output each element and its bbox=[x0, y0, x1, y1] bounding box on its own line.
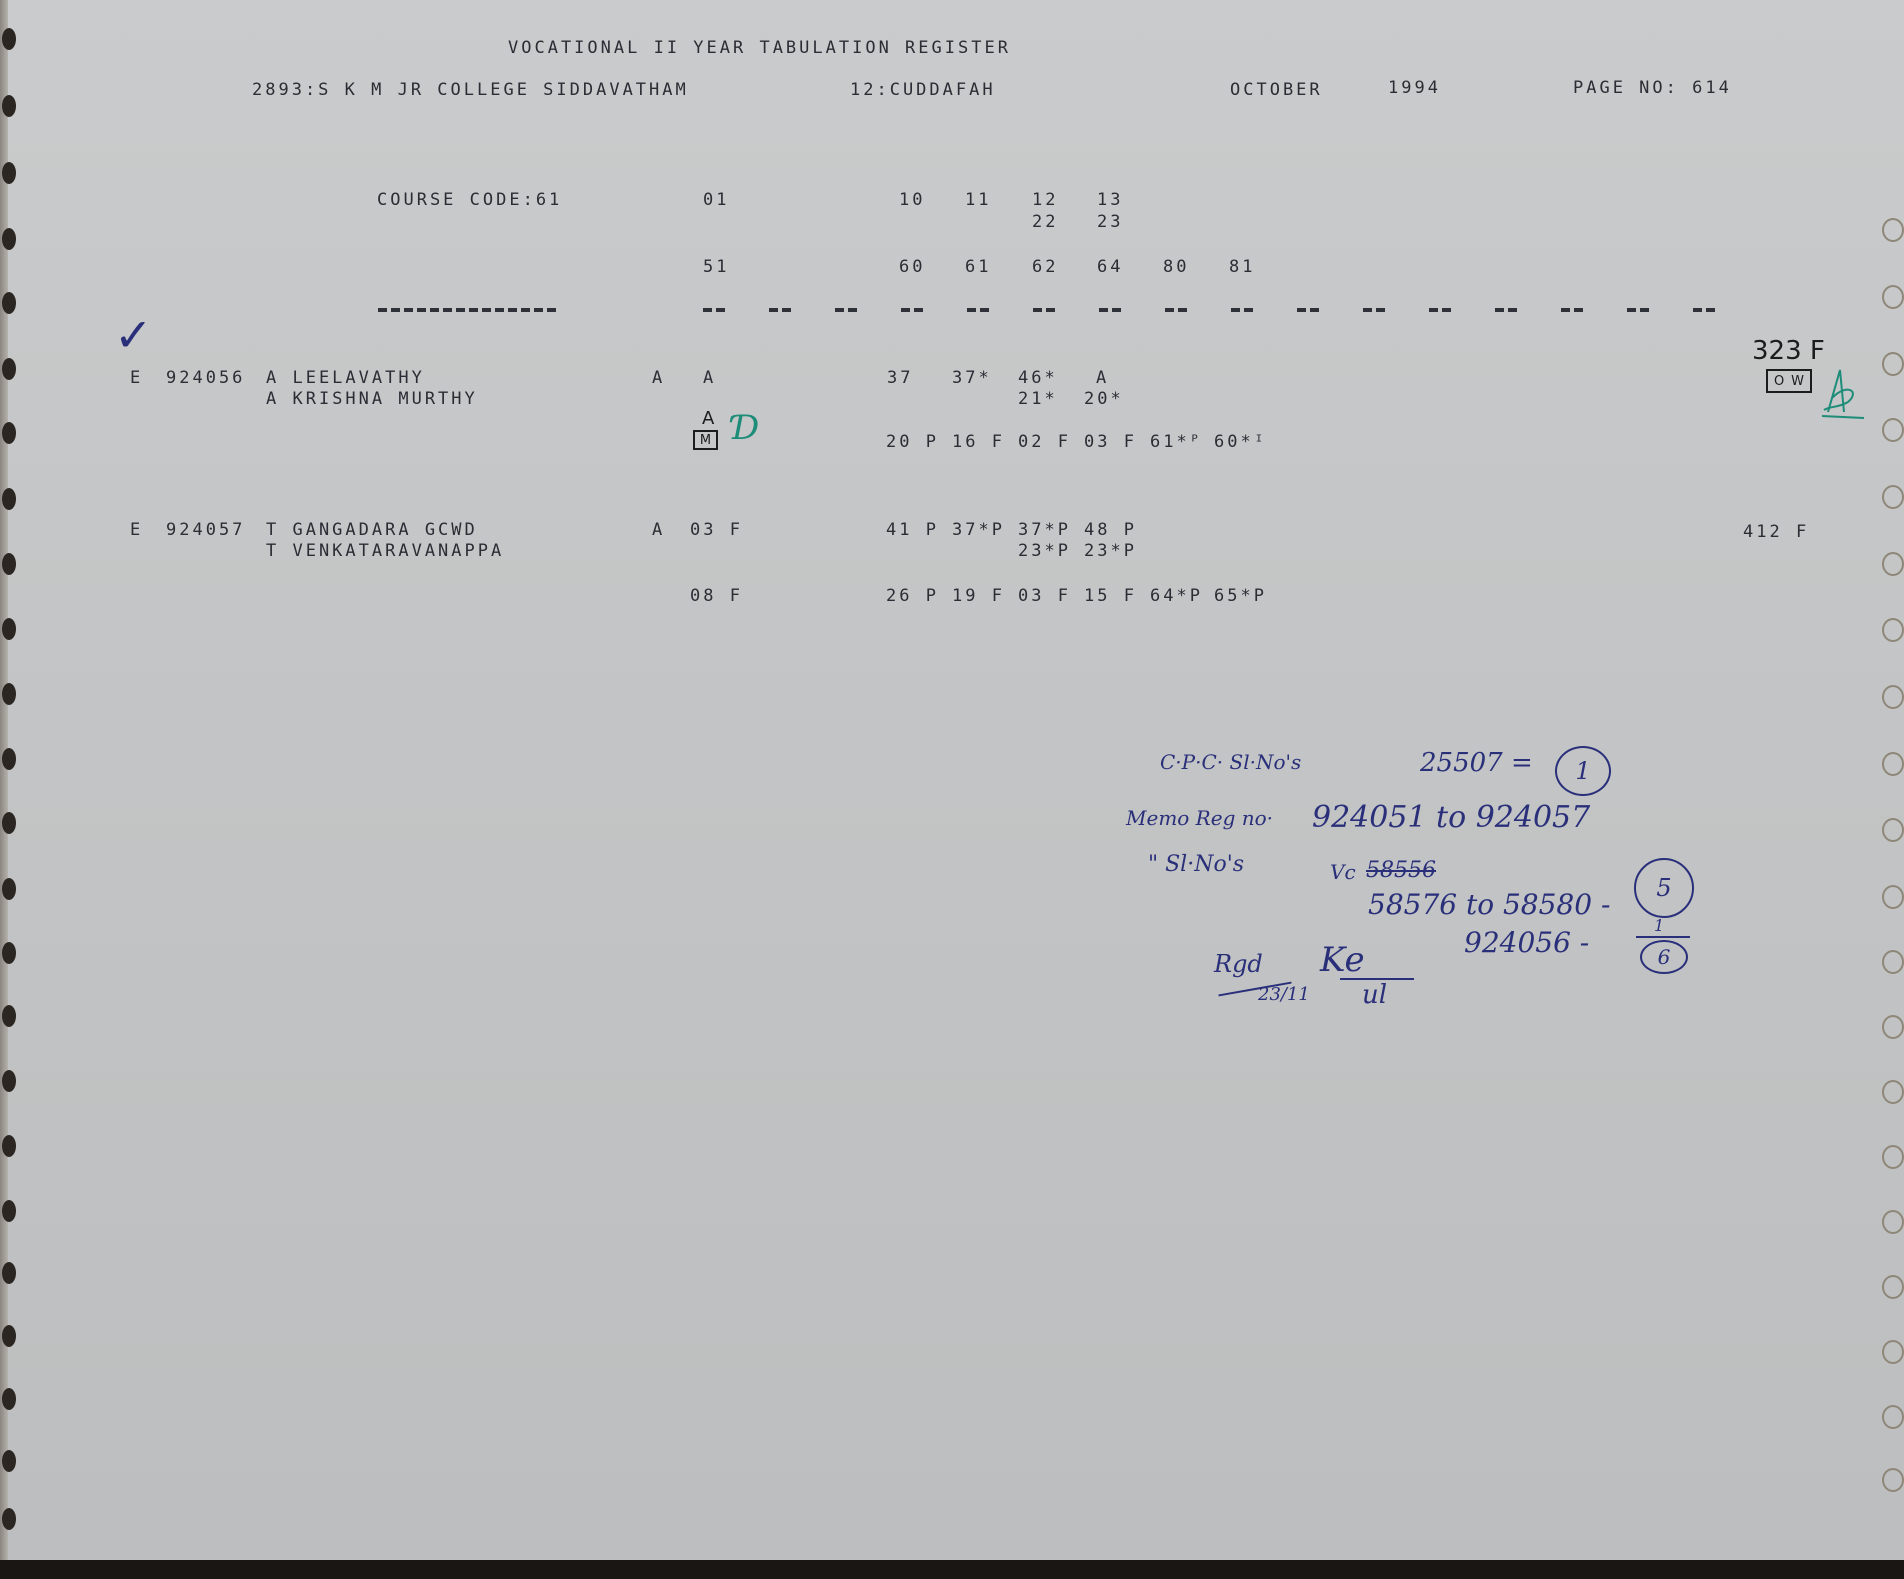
perforation-hole bbox=[1882, 1145, 1904, 1169]
subject-code: 64 bbox=[1097, 257, 1123, 277]
ow-stamp-box: O W bbox=[1766, 369, 1812, 393]
signature-initials: Ke bbox=[1320, 940, 1365, 980]
subject-code: 10 bbox=[899, 190, 925, 210]
subject-code: 81 bbox=[1229, 257, 1255, 277]
binding-hole bbox=[2, 1200, 16, 1222]
subject-code: 22 bbox=[1032, 212, 1058, 232]
mark-cell: 20* bbox=[1084, 389, 1124, 409]
column-separator bbox=[703, 308, 725, 312]
perforation-hole bbox=[1882, 285, 1904, 309]
binding-hole bbox=[2, 162, 16, 184]
column-separator bbox=[1231, 308, 1253, 312]
signature-date: 23/11 bbox=[1258, 984, 1310, 1005]
am-stamp-box: M bbox=[693, 430, 718, 450]
mark-cell: 60*ᴵ bbox=[1214, 432, 1267, 452]
record-flag: A bbox=[652, 520, 665, 540]
mark-cell: 64*P bbox=[1150, 586, 1203, 606]
subject-code: 62 bbox=[1032, 257, 1058, 277]
mark-cell: 41 P bbox=[886, 520, 939, 540]
perforation-hole bbox=[1882, 1340, 1904, 1364]
student-name: T GANGADARA GCWD bbox=[266, 520, 478, 540]
column-separator bbox=[769, 308, 791, 312]
column-separator bbox=[1033, 308, 1055, 312]
binding-hole bbox=[2, 1508, 16, 1530]
circled-count: 1 bbox=[1555, 746, 1611, 796]
am-stamp-letter: A bbox=[702, 408, 714, 429]
exam-year: 1994 bbox=[1388, 78, 1441, 98]
binding-hole bbox=[2, 1070, 16, 1092]
record-flag: A bbox=[652, 368, 665, 388]
column-separator bbox=[1693, 308, 1715, 312]
mark-cell: 61*ᴾ bbox=[1150, 432, 1203, 452]
register-number: 924057 bbox=[166, 520, 245, 540]
perforation-hole bbox=[1882, 1210, 1904, 1234]
perforation-hole bbox=[1882, 950, 1904, 974]
binding-hole bbox=[2, 1135, 16, 1157]
mark-cell: 48 P bbox=[1084, 520, 1137, 540]
subject-code: 13 bbox=[1097, 190, 1123, 210]
note-label: " Sl·No's bbox=[1148, 852, 1244, 877]
binding-hole bbox=[2, 1325, 16, 1347]
note-label: Memo Reg no· bbox=[1126, 806, 1273, 830]
page-number: PAGE NO: 614 bbox=[1573, 78, 1732, 98]
signature-sub: ul bbox=[1362, 980, 1387, 1010]
note-fraction-top: 1 bbox=[1654, 916, 1664, 935]
mark-cell: 26 P bbox=[886, 586, 939, 606]
perforation-hole bbox=[1882, 1405, 1904, 1429]
struck-value: 58556 bbox=[1366, 858, 1436, 883]
subject-code: 01 bbox=[703, 190, 729, 210]
course-code: COURSE CODE:61 bbox=[377, 190, 562, 210]
column-separator bbox=[1297, 308, 1319, 312]
mark-cell: 03 F bbox=[1018, 586, 1071, 606]
binding-hole bbox=[2, 292, 16, 314]
perforation-hole bbox=[1882, 1275, 1904, 1299]
note-value: 25507 = bbox=[1420, 748, 1533, 778]
binding-hole bbox=[2, 1005, 16, 1027]
column-separator bbox=[1165, 308, 1187, 312]
mark-cell: 03 F bbox=[690, 520, 743, 540]
note-prefix: Vc bbox=[1330, 860, 1356, 884]
perforation-hole bbox=[1882, 885, 1904, 909]
grand-total: 323 F bbox=[1752, 336, 1825, 366]
column-separator bbox=[1099, 308, 1121, 312]
perforation-hole bbox=[1882, 1080, 1904, 1104]
mark-cell: 37*P bbox=[952, 520, 1005, 540]
subject-code: 61 bbox=[965, 257, 991, 277]
mark-cell: 37*P bbox=[1018, 520, 1071, 540]
binding-hole bbox=[2, 1262, 16, 1284]
father-name: T VENKATARAVANAPPA bbox=[266, 541, 504, 561]
checkmark-icon: ✓ bbox=[114, 308, 153, 362]
subject-code: 80 bbox=[1163, 257, 1189, 277]
subject-code: 51 bbox=[703, 257, 729, 277]
mark-cell: 23*P bbox=[1084, 541, 1137, 561]
note-value: 58576 to 58580 - bbox=[1368, 888, 1610, 921]
binding-hole bbox=[2, 1388, 16, 1410]
binding-hole bbox=[2, 358, 16, 380]
subject-code: 23 bbox=[1097, 212, 1123, 232]
perforation-hole bbox=[1882, 618, 1904, 642]
mark-cell: 16 F bbox=[952, 432, 1005, 452]
binding-hole bbox=[2, 683, 16, 705]
register-title: VOCATIONAL II YEAR TABULATION REGISTER bbox=[508, 38, 1011, 58]
binding-hole bbox=[2, 878, 16, 900]
binding-hole bbox=[2, 748, 16, 770]
grand-total: 412 F bbox=[1743, 522, 1809, 542]
exam-month: OCTOBER bbox=[1230, 80, 1323, 100]
column-separator bbox=[835, 308, 857, 312]
binding-hole bbox=[2, 618, 16, 640]
mark-cell: 15 F bbox=[1084, 586, 1137, 606]
column-separator bbox=[1495, 308, 1517, 312]
mark-cell: 02 F bbox=[1018, 432, 1071, 452]
column-separator bbox=[1363, 308, 1385, 312]
record-type: E bbox=[130, 520, 143, 540]
perforation-hole bbox=[1882, 1015, 1904, 1039]
college-name: 2893:S K M JR COLLEGE SIDDAVATHAM bbox=[252, 80, 689, 100]
perforation-hole bbox=[1882, 485, 1904, 509]
mark-cell: A bbox=[1096, 368, 1109, 388]
tabulation-register-page: VOCATIONAL II YEAR TABULATION REGISTER 2… bbox=[0, 0, 1904, 1560]
perforation-hole bbox=[1882, 818, 1904, 842]
mark-cell: 65*P bbox=[1214, 586, 1267, 606]
signature-teal-icon bbox=[1818, 362, 1870, 424]
student-name: A LEELAVATHY bbox=[266, 368, 425, 388]
binding-hole bbox=[2, 488, 16, 510]
mark-cell: 37* bbox=[952, 368, 992, 388]
perforation-hole bbox=[1882, 352, 1904, 376]
mark-cell: 08 F bbox=[690, 586, 743, 606]
circled-count: 5 bbox=[1634, 858, 1694, 918]
binding-hole bbox=[2, 228, 16, 250]
subject-code: 60 bbox=[899, 257, 925, 277]
perforation-hole bbox=[1882, 418, 1904, 442]
ow-right: W bbox=[1791, 374, 1804, 389]
ow-left: O bbox=[1774, 374, 1784, 389]
mark-cell: 19 F bbox=[952, 586, 1005, 606]
note-label: C·P·C· Sl·No's bbox=[1160, 750, 1301, 774]
binding-hole bbox=[2, 1450, 16, 1472]
column-separator bbox=[1429, 308, 1451, 312]
perforation-hole bbox=[1882, 552, 1904, 576]
column-separator bbox=[967, 308, 989, 312]
binding-hole bbox=[2, 942, 16, 964]
mark-cell: 46* bbox=[1018, 368, 1058, 388]
perforation-hole bbox=[1882, 685, 1904, 709]
binding-hole bbox=[2, 28, 16, 50]
binding-hole bbox=[2, 422, 16, 444]
mark-cell: 21* bbox=[1018, 389, 1058, 409]
subject-code: 11 bbox=[965, 190, 991, 210]
perforation-hole bbox=[1882, 1468, 1904, 1492]
subject-code: 12 bbox=[1032, 190, 1058, 210]
register-number: 924056 bbox=[166, 368, 245, 388]
binding-hole bbox=[2, 95, 16, 117]
mark-cell: 03 F bbox=[1084, 432, 1137, 452]
mark-cell: A bbox=[703, 368, 716, 388]
initials-signature: Ɗ bbox=[732, 408, 759, 448]
column-separator bbox=[1627, 308, 1649, 312]
header-underline bbox=[378, 308, 556, 312]
record-type: E bbox=[130, 368, 143, 388]
mark-cell: 37 bbox=[887, 368, 913, 388]
perforation-hole bbox=[1882, 218, 1904, 242]
binding-hole bbox=[2, 812, 16, 834]
signature-initials: Rgd bbox=[1214, 950, 1263, 978]
mark-cell: 23*P bbox=[1018, 541, 1071, 561]
am-stamp-sub: M bbox=[700, 433, 711, 448]
perforation-hole bbox=[1882, 752, 1904, 776]
district-name: 12:CUDDAFAH bbox=[850, 80, 996, 100]
note-value: 924051 to 924057 bbox=[1312, 800, 1590, 835]
column-separator bbox=[901, 308, 923, 312]
note-value: 924056 - bbox=[1464, 926, 1589, 959]
column-separator bbox=[1561, 308, 1583, 312]
father-name: A KRISHNA MURTHY bbox=[266, 389, 478, 409]
binding-hole bbox=[2, 553, 16, 575]
fraction-bar bbox=[1636, 936, 1690, 938]
circled-count: 6 bbox=[1640, 940, 1688, 974]
mark-cell: 20 P bbox=[886, 432, 939, 452]
